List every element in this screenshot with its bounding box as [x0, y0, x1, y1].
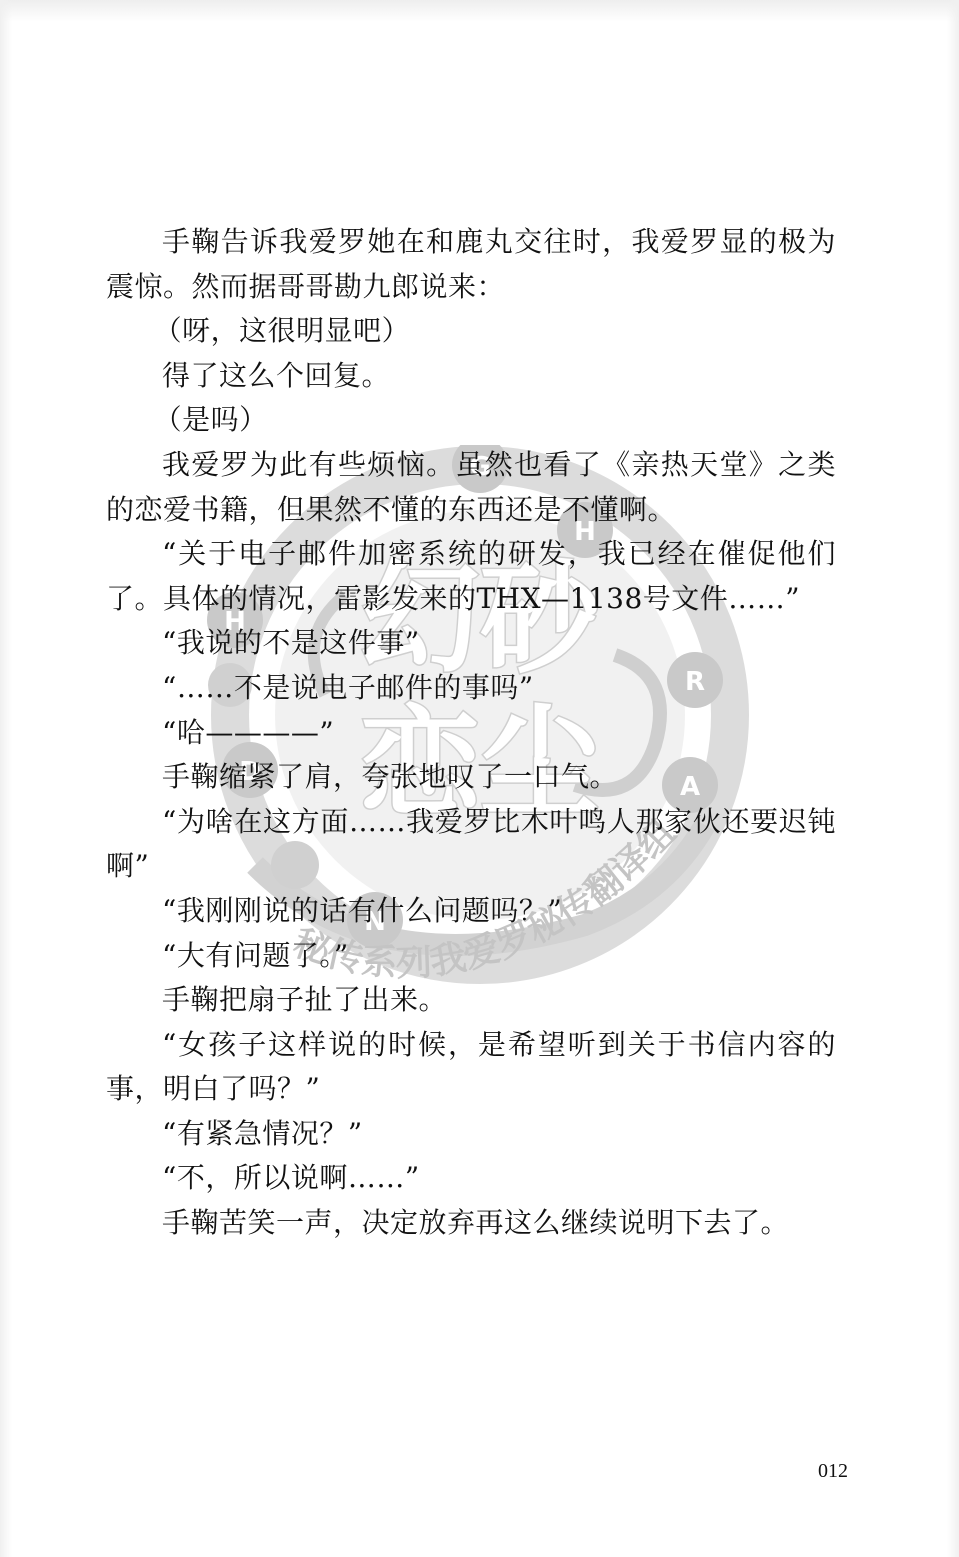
paragraph-narration: 手鞠缩紧了肩，夸张地叹了一口气。	[106, 755, 836, 800]
paragraph-narration: 手鞠告诉我爱罗她在和鹿丸交往时，我爱罗显的极为震惊。然而据哥哥勘九郎说来：	[106, 220, 836, 309]
paragraph-dialogue: “女孩子这样说的时候，是希望听到关于书信内容的事，明白了吗？”	[106, 1023, 836, 1112]
paragraph-narration: 我爱罗为此有些烦恼。虽然也看了《亲热天堂》之类的恋爱书籍，但果然不懂的东西还是不…	[106, 443, 836, 532]
scan-edge-left	[0, 0, 12, 1557]
page-text: 手鞠告诉我爱罗她在和鹿丸交往时，我爱罗显的极为震惊。然而据哥哥勘九郎说来： （呀…	[106, 220, 836, 1246]
paragraph-thought: （是吗）	[106, 398, 836, 443]
paragraph-thought: （呀，这很明显吧）	[106, 309, 836, 354]
paragraph-dialogue: “大有问题了。”	[106, 934, 836, 979]
scan-edge-right	[947, 0, 959, 1557]
paragraph-dialogue: “为啥在这方面……我爱罗比木叶鸣人那家伙还要迟钝啊”	[106, 800, 836, 889]
paragraph-dialogue: “有紧急情况？”	[106, 1112, 836, 1157]
page-number: 012	[818, 1460, 848, 1483]
paragraph-dialogue: “……不是说电子邮件的事吗”	[106, 666, 836, 711]
paragraph-narration: 手鞠苦笑一声，决定放弃再这么继续说明下去了。	[106, 1201, 836, 1246]
paragraph-narration: 手鞠把扇子扯了出来。	[106, 978, 836, 1023]
book-page: G H H R A D N 幻砂 恋尘	[0, 0, 959, 1557]
scan-edge-top	[0, 0, 959, 22]
paragraph-dialogue: “哈————”	[106, 711, 836, 756]
paragraph-narration: 得了这么个回复。	[106, 354, 836, 399]
paragraph-dialogue: “我刚刚说的话有什么问题吗？”	[106, 889, 836, 934]
paragraph-dialogue: “不，所以说啊……”	[106, 1156, 836, 1201]
paragraph-dialogue: “关于电子邮件加密系统的研发，我已经在催促他们了。具体的情况，雷影发来的THX—…	[106, 532, 836, 621]
paragraph-dialogue: “我说的不是这件事”	[106, 621, 836, 666]
